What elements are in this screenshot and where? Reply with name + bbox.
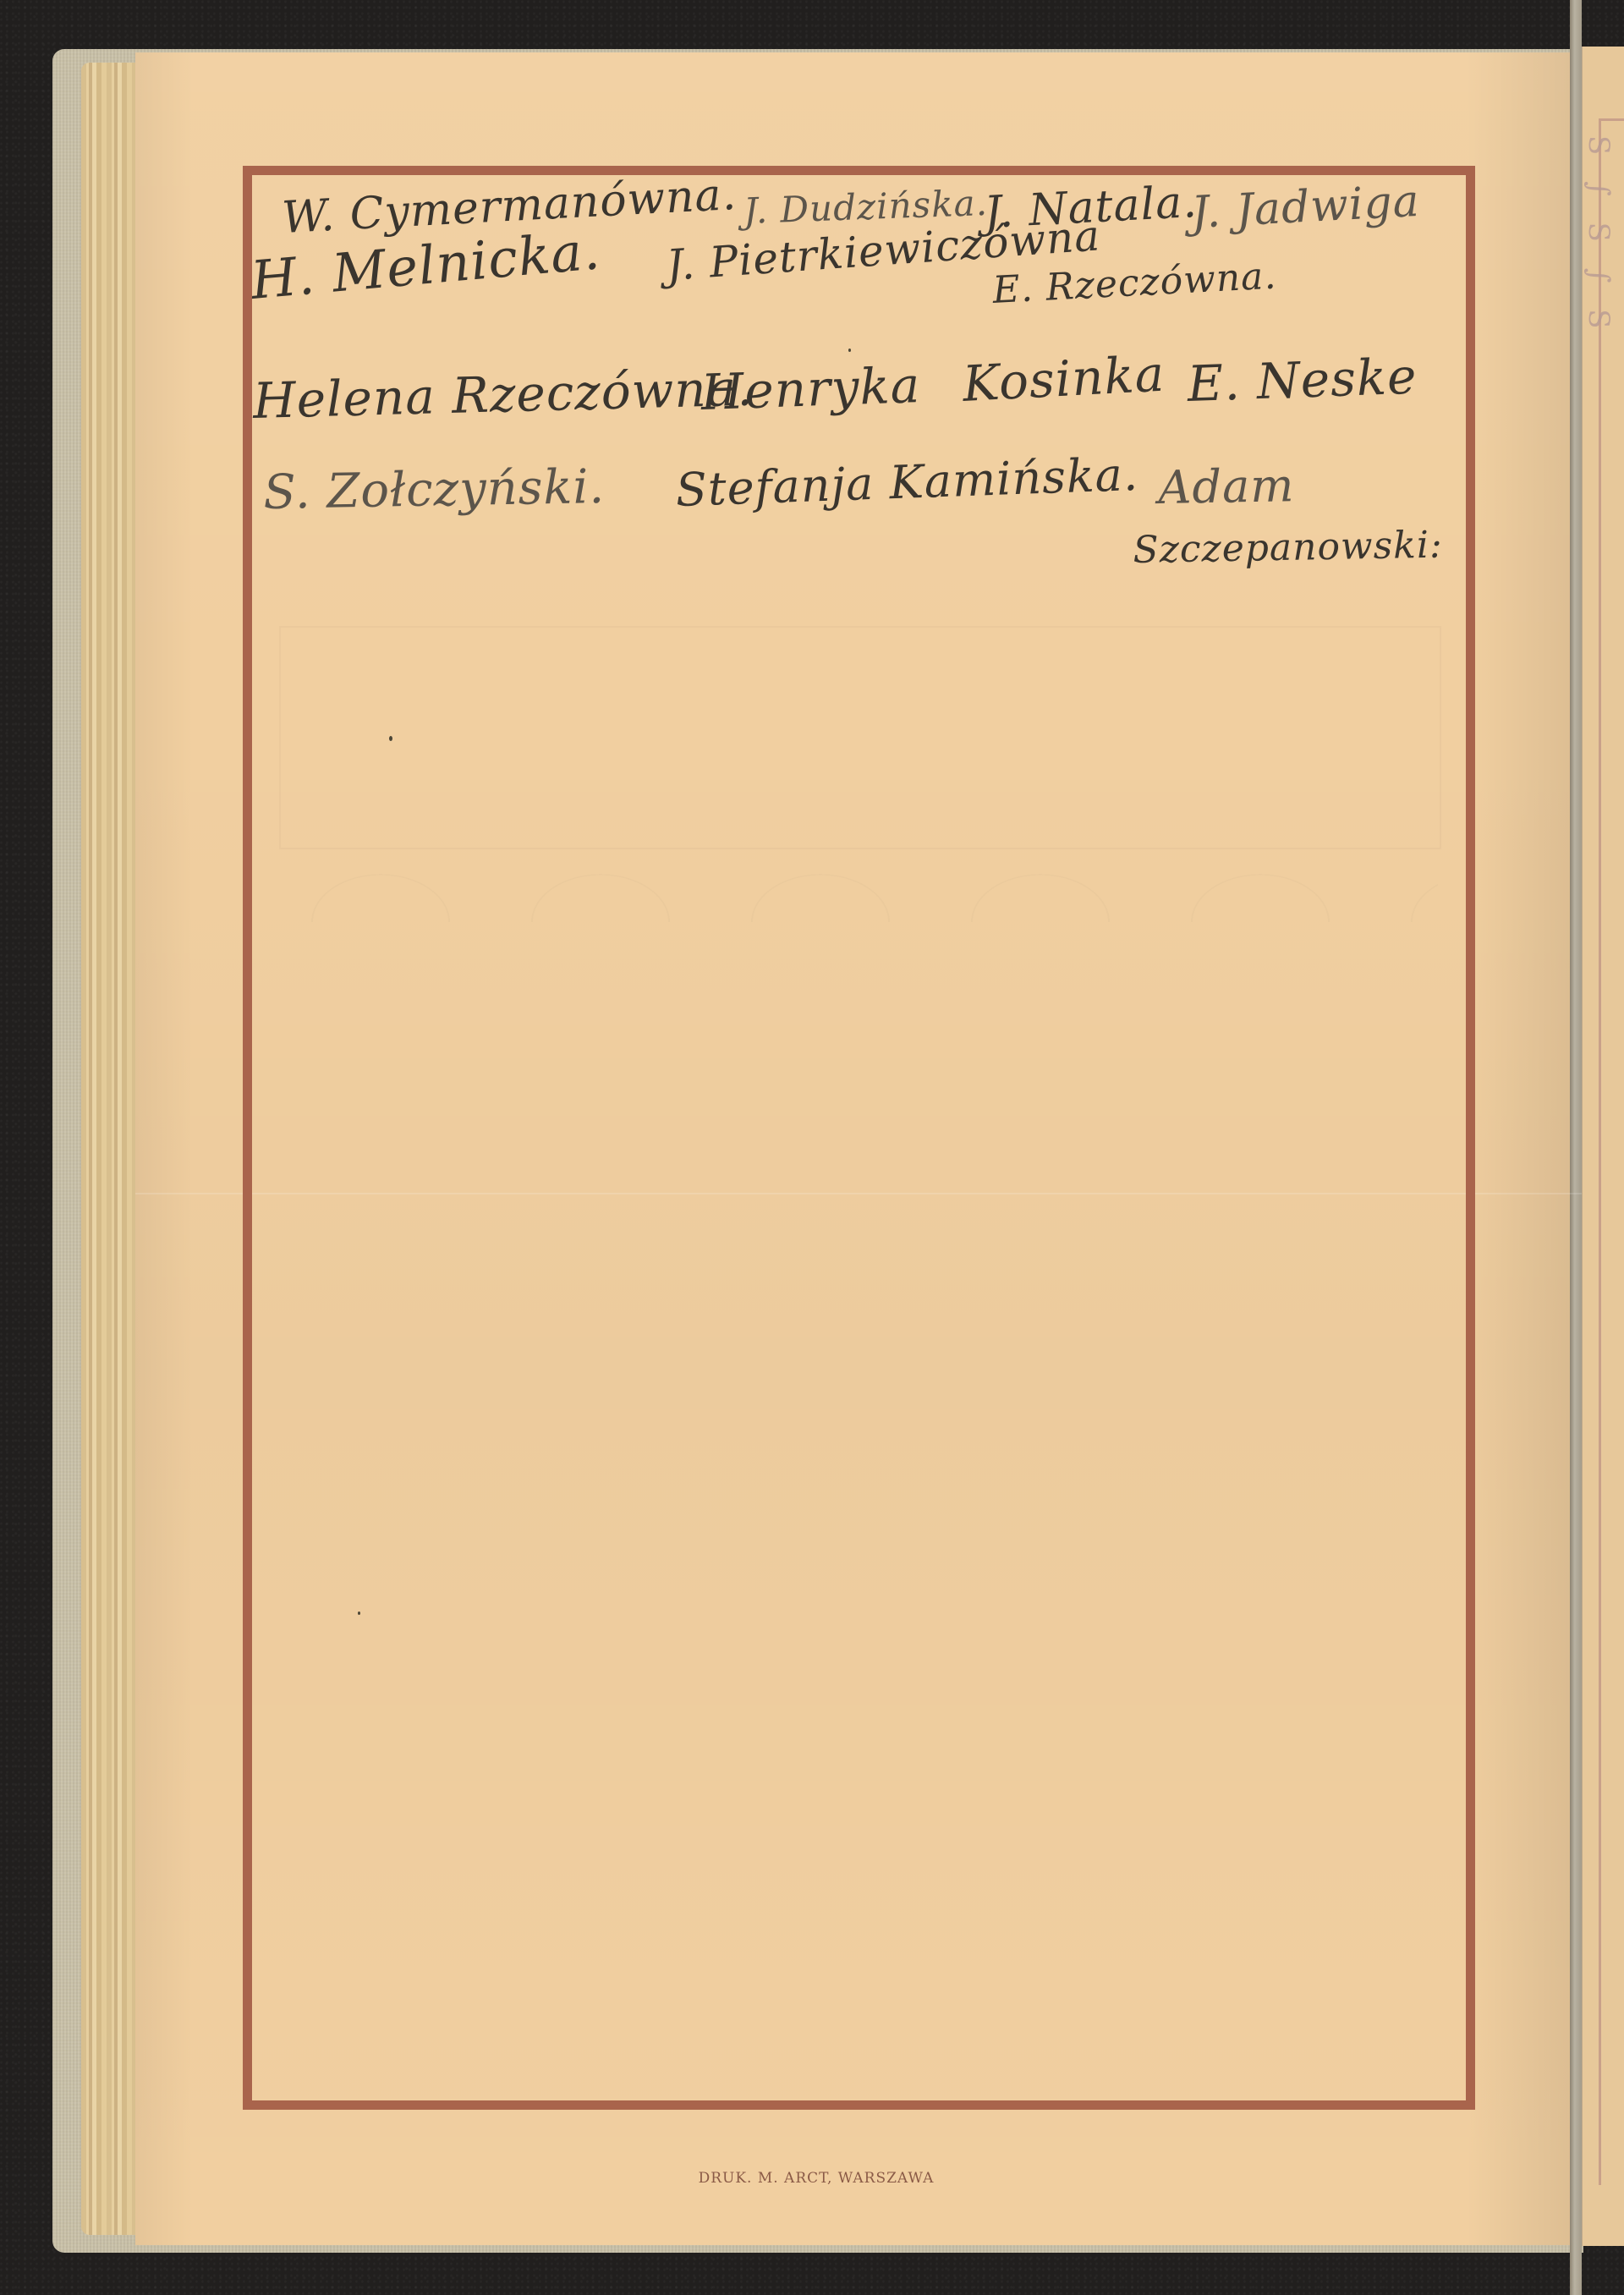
- signature: Szczepanowski:: [1133, 524, 1443, 572]
- signature: Henryka: [700, 356, 922, 421]
- ink-speck: [389, 736, 392, 741]
- adjacent-page-frame: [1599, 118, 1624, 2185]
- signature: S. Zołczyński.: [263, 459, 606, 520]
- ink-speck: [848, 349, 851, 352]
- book-gutter: [1570, 0, 1582, 2295]
- signature: Adam: [1158, 458, 1295, 514]
- signature: E. Neske: [1187, 348, 1418, 413]
- printer-imprint: DRUK. M. ARCT, WARSZAWA: [0, 2170, 1624, 2187]
- adjacent-page-ornament: S ∫ S ∫ S: [1605, 135, 1624, 338]
- ink-speck: [358, 1611, 360, 1615]
- page-edges: [81, 63, 142, 2235]
- signature: Kosinka: [961, 345, 1166, 413]
